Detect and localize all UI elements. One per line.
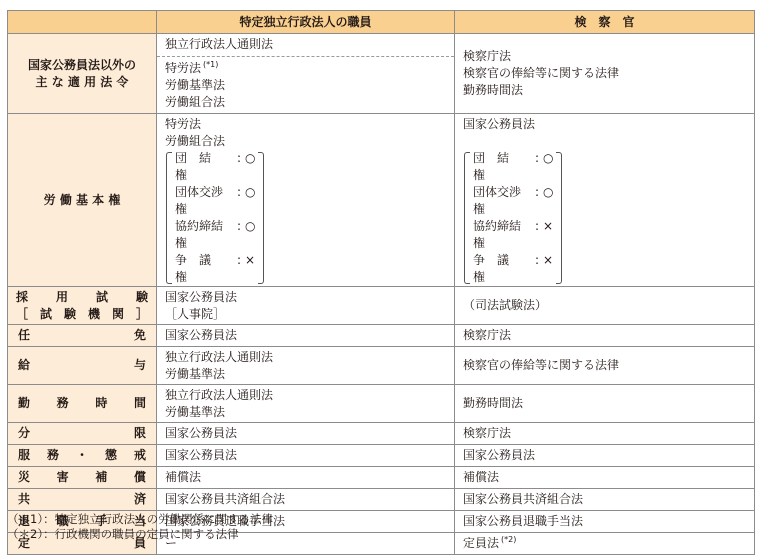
- right-key: 団 結 権: [175, 150, 233, 184]
- label-char: 務: [57, 395, 69, 412]
- footnote-ref: (*2): [501, 535, 516, 544]
- row-label-line: ［ 試 験 機 関 ］: [16, 306, 148, 323]
- row-label-mutual-aid: 共済: [8, 489, 157, 511]
- cell-prosecutor-working-hours: 勤務時間法: [455, 385, 755, 423]
- law-text: 特労法(*1): [165, 60, 446, 77]
- header-special-agency-staff: 特定独立行政法人の職員: [157, 11, 455, 34]
- comparison-table: 特定独立行政法人の職員 検 察 官 国家公務員法以外の 主 な 適 用 法 令 …: [7, 10, 755, 546]
- row-label-line: 主 な 適 用 法 令: [16, 74, 148, 91]
- right-item: 協約締結権:○: [175, 218, 255, 252]
- spacer: [463, 133, 746, 150]
- row-label-labor-rights: 労 働 基 本 権: [8, 114, 157, 287]
- colon: :: [233, 252, 245, 286]
- law-text: 労働基準法: [165, 366, 446, 383]
- right-value: ○: [543, 150, 553, 184]
- law-text: 定員法: [463, 536, 499, 546]
- cell-prosecutor-compensation: 補償法: [455, 467, 755, 489]
- law-text: 国家公務員法: [165, 289, 446, 306]
- label-char: 補: [95, 469, 107, 486]
- label-char: 服: [18, 447, 30, 464]
- comparison-table-wrapper: 特定独立行政法人の職員 検 察 官 国家公務員法以外の 主 な 適 用 法 令 …: [7, 10, 754, 546]
- header-prosecutor: 検 察 官: [455, 11, 755, 34]
- header-row: 特定独立行政法人の職員 検 察 官: [8, 11, 755, 34]
- law-text: 独立行政法人通則法: [165, 349, 446, 366]
- cell-prosecutor-recruitment: （司法試験法）: [455, 287, 755, 325]
- law-text: 労働組合法: [165, 133, 446, 150]
- cell-prosecutor-retirement: 国家公務員退職手当法: [455, 511, 755, 533]
- colon: :: [531, 184, 543, 218]
- table-row-mutual-aid: 共済 国家公務員共済組合法 国家公務員共済組合法: [8, 489, 755, 511]
- law-text: 労働基準法: [165, 404, 446, 421]
- cell-special-agency-appointment: 国家公務員法: [157, 325, 455, 347]
- table-row-service-discipline: 服務・懲戒 国家公務員法 国家公務員法: [8, 445, 755, 467]
- colon: :: [531, 218, 543, 252]
- law-text: 検察官の俸給等に関する法律: [463, 65, 746, 82]
- lower-law-list: 特労法(*1) 労働基準法 労働組合法: [165, 57, 446, 111]
- table-row-accident-compensation: 災害補償 補償法 補償法: [8, 467, 755, 489]
- row-label-recruitment-exam: 採 用 試 験 ［ 試 験 機 関 ］: [8, 287, 157, 325]
- label-char: 間: [134, 395, 146, 412]
- cell-special-agency-labor-rights: 特労法 労働組合法 団 結 権:○ 団体交渉権:○ 協約締結権:○ 争 議 権:…: [157, 114, 455, 287]
- row-label-line: 国家公務員法以外の: [16, 57, 148, 74]
- right-item: 争 議 権:×: [473, 252, 553, 286]
- row-label-service-discipline: 服務・懲戒: [8, 445, 157, 467]
- label-char: 災: [18, 469, 30, 486]
- cell-prosecutor-discipline: 国家公務員法: [455, 445, 755, 467]
- dashed-divider-top: 独立行政法人通則法: [157, 34, 454, 57]
- corner-cell: [8, 11, 157, 34]
- law-text: 独立行政法人通則法: [165, 36, 446, 53]
- row-label-status-guarantee: 分限: [8, 423, 157, 445]
- footnote-1: （＊1）：特定独立行政法人の労働関係に関する法律: [7, 512, 273, 527]
- right-value: ×: [245, 252, 255, 286]
- right-value: ×: [543, 252, 553, 286]
- label-char: ・: [76, 447, 88, 464]
- row-label-salary: 給与: [8, 347, 157, 385]
- cell-prosecutor-status: 検察庁法: [455, 423, 755, 445]
- cell-prosecutor-appointment: 検察庁法: [455, 325, 755, 347]
- table-row-labor-rights: 労 働 基 本 権 特労法 労働組合法 団 結 権:○ 団体交渉権:○ 協約締結…: [8, 114, 755, 287]
- table-row-appointment: 任免 国家公務員法 検察庁法: [8, 325, 755, 347]
- label-char: 懲: [105, 447, 117, 464]
- law-text: 勤務時間法: [463, 82, 746, 99]
- label-char: 与: [134, 357, 146, 374]
- footnotes: （＊1）：特定独立行政法人の労働関係に関する法律 （＊2）：行政機関の職員の定員…: [7, 512, 273, 542]
- label-char: 限: [134, 425, 146, 442]
- label-char: 分: [18, 425, 30, 442]
- right-item: 団 結 権:○: [175, 150, 255, 184]
- right-value: ○: [245, 218, 255, 252]
- cell-prosecutor-mutual-aid: 国家公務員共済組合法: [455, 489, 755, 511]
- label-char: 共: [18, 491, 30, 508]
- right-key: 団体交渉権: [175, 184, 233, 218]
- label-char: 時: [95, 395, 107, 412]
- label-char: 償: [134, 469, 146, 486]
- right-value: ×: [543, 218, 553, 252]
- right-item: 団体交渉権:○: [175, 184, 255, 218]
- law-text: （司法試験法）: [463, 297, 746, 314]
- footnote-2: （＊2）：行政機関の職員の定員に関する法律: [7, 527, 273, 542]
- right-item: 団体交渉権:○: [473, 184, 553, 218]
- table-row-working-hours: 勤務時間 独立行政法人通則法 労働基準法 勤務時間法: [8, 385, 755, 423]
- rights-bracket: 団 結 権:○ 団体交渉権:○ 協約締結権:○ 争 議 権:×: [165, 150, 265, 286]
- right-item: 争 議 権:×: [175, 252, 255, 286]
- law-text: ［人事院］: [165, 306, 446, 323]
- footnote-ref: (*1): [203, 60, 218, 69]
- row-label-line: 採 用 試 験: [16, 289, 148, 306]
- cell-special-agency-applicable-laws: 独立行政法人通則法 特労法(*1) 労働基準法 労働組合法: [157, 34, 455, 114]
- cell-prosecutor-labor-rights: 国家公務員法 団 結 権:○ 団体交渉権:○ 協約締結権:× 争 議 権:×: [455, 114, 755, 287]
- law-text: 特労法: [165, 116, 446, 133]
- cell-special-agency-salary: 独立行政法人通則法 労働基準法: [157, 347, 455, 385]
- colon: :: [233, 184, 245, 218]
- row-label-accident-compensation: 災害補償: [8, 467, 157, 489]
- law-text: 国家公務員法: [463, 116, 746, 133]
- right-item: 団 結 権:○: [473, 150, 553, 184]
- colon: :: [233, 218, 245, 252]
- table-row-recruitment-exam: 採 用 試 験 ［ 試 験 機 関 ］ 国家公務員法 ［人事院］ （司法試験法）: [8, 287, 755, 325]
- law-text: 労働組合法: [165, 94, 446, 111]
- cell-prosecutor-applicable-laws: 検察庁法 検察官の俸給等に関する法律 勤務時間法: [455, 34, 755, 114]
- label-char: 済: [134, 491, 146, 508]
- rights-bracket: 団 結 権:○ 団体交渉権:○ 協約締結権:× 争 議 権:×: [463, 150, 563, 286]
- colon: :: [233, 150, 245, 184]
- colon: :: [531, 150, 543, 184]
- right-value: ○: [245, 150, 255, 184]
- cell-prosecutor-quota: 定員法(*2): [455, 533, 755, 547]
- label-char: 任: [18, 327, 30, 344]
- label-char: 免: [134, 327, 146, 344]
- right-key: 協約締結権: [175, 218, 233, 252]
- label-char: 戒: [134, 447, 146, 464]
- label-char: 勤: [18, 395, 30, 412]
- law-text: 検察庁法: [463, 48, 746, 65]
- row-label-working-hours: 勤務時間: [8, 385, 157, 423]
- cell-special-agency-working-hours: 独立行政法人通則法 労働基準法: [157, 385, 455, 423]
- label-char: 害: [57, 469, 69, 486]
- right-item: 協約締結権:×: [473, 218, 553, 252]
- table-row-applicable-laws: 国家公務員法以外の 主 な 適 用 法 令 独立行政法人通則法 特労法(*1) …: [8, 34, 755, 114]
- right-key: 争 議 権: [175, 252, 233, 286]
- law-text: 独立行政法人通則法: [165, 387, 446, 404]
- cell-special-agency-status: 国家公務員法: [157, 423, 455, 445]
- cell-special-agency-recruitment: 国家公務員法 ［人事院］: [157, 287, 455, 325]
- right-key: 争 議 権: [473, 252, 531, 286]
- law-text: 労働基準法: [165, 77, 446, 94]
- right-value: ○: [245, 184, 255, 218]
- right-key: 団 結 権: [473, 150, 531, 184]
- row-label-appointment: 任免: [8, 325, 157, 347]
- colon: :: [531, 252, 543, 286]
- cell-special-agency-compensation: 補償法: [157, 467, 455, 489]
- right-key: 団体交渉権: [473, 184, 531, 218]
- row-label-applicable-laws: 国家公務員法以外の 主 な 適 用 法 令: [8, 34, 157, 114]
- law-name: 特労法: [165, 61, 201, 75]
- row-label-text: 労 働 基 本 権: [16, 192, 148, 209]
- label-char: 務: [47, 447, 59, 464]
- table-row-status-guarantee: 分限 国家公務員法 検察庁法: [8, 423, 755, 445]
- right-value: ○: [543, 184, 553, 218]
- cell-special-agency-discipline: 国家公務員法: [157, 445, 455, 467]
- right-key: 協約締結権: [473, 218, 531, 252]
- table-row-salary: 給与 独立行政法人通則法 労働基準法 検察官の俸給等に関する法律: [8, 347, 755, 385]
- cell-special-agency-mutual-aid: 国家公務員共済組合法: [157, 489, 455, 511]
- cell-prosecutor-salary: 検察官の俸給等に関する法律: [455, 347, 755, 385]
- label-char: 給: [18, 357, 30, 374]
